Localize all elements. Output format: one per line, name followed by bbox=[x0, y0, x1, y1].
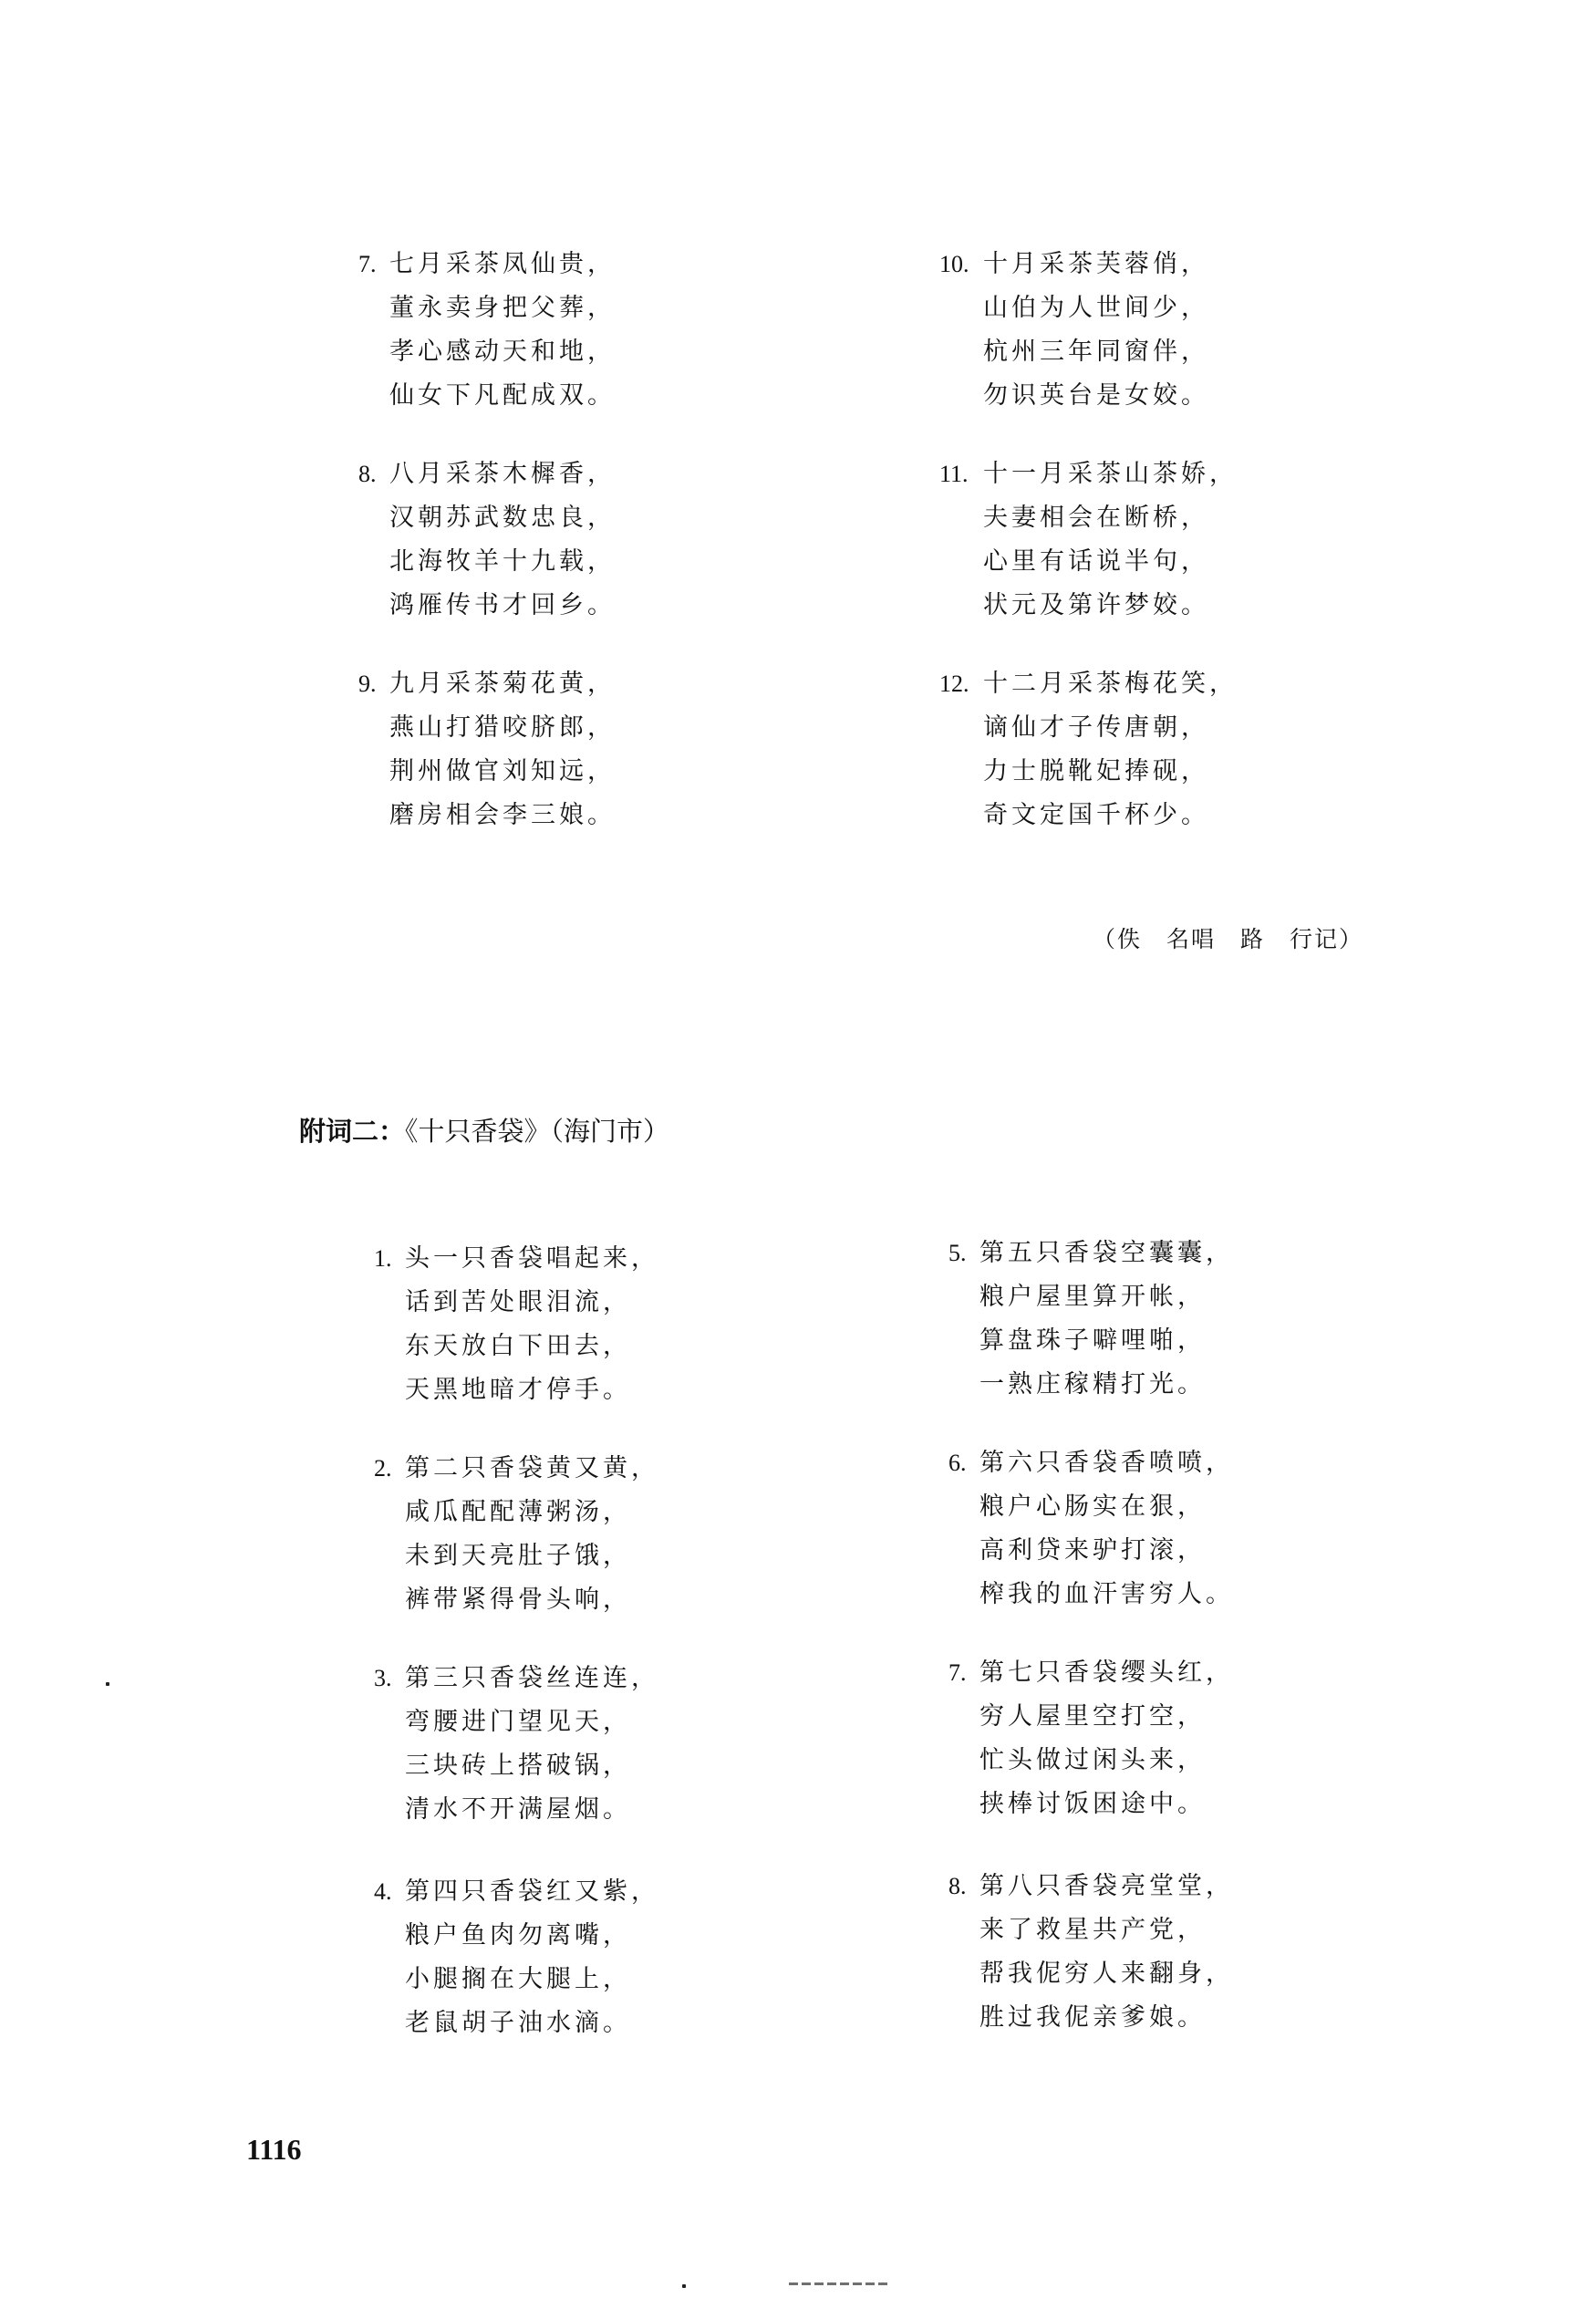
stanza-line: 杭州三年同窗伴， bbox=[939, 330, 1450, 374]
stanza-line: 山伯为人世间少， bbox=[939, 286, 1450, 330]
stanza-number: 7. bbox=[358, 243, 377, 286]
heading-title: 《十只香袋》（海门市） bbox=[405, 1116, 669, 1147]
stanza-11: 11.十一月采茶山茶娇， 夫妻相会在断桥， 心里有话说半句， 状元及第许梦姣。 bbox=[939, 452, 1450, 628]
stanza-10: 10.十月采茶芙蓉俏， 山伯为人世间少， 杭州三年同窗伴， 勿识英台是女姣。 bbox=[939, 243, 1450, 418]
stanza-line: 老鼠胡子油水滴。 bbox=[374, 2002, 885, 2045]
stanza-line: 董永卖身把父葬， bbox=[358, 286, 869, 330]
stanza-line: 7.七月采茶凤仙贵， bbox=[358, 243, 869, 286]
stanza-line: 10.十月采茶芙蓉俏， bbox=[939, 243, 1450, 286]
stanza-number: 12. bbox=[939, 662, 969, 706]
stanza-line: 4.第四只香袋红又紫， bbox=[374, 1870, 885, 1914]
stanza-line: 磨房相会李三娘。 bbox=[358, 794, 869, 837]
stanza-line: 燕山打猎咬脐郎， bbox=[358, 706, 869, 750]
stanza-line: 11.十一月采茶山茶娇， bbox=[939, 452, 1450, 496]
scan-artifact bbox=[789, 2282, 889, 2285]
stanza-number: 7. bbox=[948, 1651, 967, 1695]
stanza-number: 8. bbox=[358, 452, 377, 496]
scan-speck bbox=[106, 1682, 109, 1686]
stanza-line: 力士脱靴妃捧砚， bbox=[939, 750, 1450, 794]
stanza-line: 话到苦处眼泪流， bbox=[374, 1281, 885, 1325]
stanza-line: 裤带紧得骨头响， bbox=[374, 1578, 885, 1622]
stanza-number: 8. bbox=[948, 1865, 967, 1908]
stanza-line: 穷人屋里空打空， bbox=[948, 1695, 1459, 1739]
stanza-line: 8.第八只香袋亮堂堂， bbox=[948, 1865, 1459, 1908]
stanza-line: 8.八月采茶木樨香， bbox=[358, 452, 869, 496]
stanza-line: 12.十二月采茶梅花笑， bbox=[939, 662, 1450, 706]
stanza-line: 高利贷来驴打滚， bbox=[948, 1529, 1459, 1573]
stanza-line: 未到天亮肚子饿， bbox=[374, 1534, 885, 1578]
stanza-line: 天黑地暗才停手。 bbox=[374, 1368, 885, 1412]
stanza-9: 9.九月采茶菊花黄， 燕山打猎咬脐郎， 荆州做官刘知远， 磨房相会李三娘。 bbox=[358, 662, 869, 837]
stanza-7: 7.七月采茶凤仙贵， 董永卖身把父葬， 孝心感动天和地， 仙女下凡配成双。 bbox=[358, 243, 869, 418]
stanza-line: 3.第三只香袋丝连连， bbox=[374, 1657, 885, 1700]
stanza-line: 荆州做官刘知远， bbox=[358, 750, 869, 794]
stanza-line: 清水不开满屋烟。 bbox=[374, 1788, 885, 1832]
stanza-line: 咸瓜配配薄粥汤， bbox=[374, 1491, 885, 1534]
stanza-line: 孝心感动天和地， bbox=[358, 330, 869, 374]
stanza-line: 状元及第许梦姣。 bbox=[939, 584, 1450, 628]
stanza-line: 夫妻相会在断桥， bbox=[939, 496, 1450, 540]
stanza-line: 7.第七只香袋缨头红， bbox=[948, 1651, 1459, 1695]
stanza-3: 3.第三只香袋丝连连， 弯腰进门望见天， 三块砖上搭破锅， 清水不开满屋烟。 bbox=[374, 1657, 885, 1832]
stanza-number: 10. bbox=[939, 243, 969, 286]
scan-speck bbox=[682, 2284, 686, 2288]
stanza-number: 4. bbox=[374, 1870, 392, 1914]
section-heading: 附词二：《十只香袋》（海门市） bbox=[299, 1111, 669, 1151]
stanza-7b: 7.第七只香袋缨头红， 穷人屋里空打空， 忙头做过闲头来， 挟棒讨饭困途中。 bbox=[948, 1651, 1459, 1826]
stanza-line: 汉朝苏武数忠良， bbox=[358, 496, 869, 540]
stanza-number: 9. bbox=[358, 662, 377, 706]
stanza-line: 鸿雁传书才回乡。 bbox=[358, 584, 869, 628]
stanza-line: 忙头做过闲头来， bbox=[948, 1739, 1459, 1783]
stanza-2: 2.第二只香袋黄又黄， 咸瓜配配薄粥汤， 未到天亮肚子饿， 裤带紧得骨头响， bbox=[374, 1447, 885, 1622]
stanza-number: 5. bbox=[948, 1232, 967, 1275]
stanza-number: 2. bbox=[374, 1447, 392, 1491]
stanza-line: 谪仙才子传唐朝， bbox=[939, 706, 1450, 750]
stanza-line: 一熟庄稼精打光。 bbox=[948, 1363, 1459, 1407]
stanza-line: 三块砖上搭破锅， bbox=[374, 1744, 885, 1788]
stanza-line: 粮户鱼肉勿离嘴， bbox=[374, 1914, 885, 1958]
stanza-line: 9.九月采茶菊花黄， bbox=[358, 662, 869, 706]
stanza-line: 挟棒讨饭困途中。 bbox=[948, 1783, 1459, 1826]
stanza-line: 北海牧羊十九载， bbox=[358, 540, 869, 584]
stanza-number: 11. bbox=[939, 452, 969, 496]
stanza-line: 6.第六只香袋香喷喷， bbox=[948, 1441, 1459, 1485]
stanza-line: 粮户屋里算开帐， bbox=[948, 1275, 1459, 1319]
stanza-5: 5.第五只香袋空囊囊， 粮户屋里算开帐， 算盘珠子噼哩啪， 一熟庄稼精打光。 bbox=[948, 1232, 1459, 1407]
stanza-line: 仙女下凡配成双。 bbox=[358, 374, 869, 418]
page-number: 1116 bbox=[246, 2133, 301, 2167]
stanza-line: 算盘珠子噼哩啪， bbox=[948, 1319, 1459, 1363]
stanza-number: 1. bbox=[374, 1237, 392, 1281]
stanza-line: 弯腰进门望见天， bbox=[374, 1700, 885, 1744]
stanza-4: 4.第四只香袋红又紫， 粮户鱼肉勿离嘴， 小腿搁在大腿上， 老鼠胡子油水滴。 bbox=[374, 1870, 885, 2045]
stanza-line: 帮我伲穷人来翻身， bbox=[948, 1952, 1459, 1996]
stanza-line: 1.头一只香袋唱起来， bbox=[374, 1237, 885, 1281]
stanza-line: 2.第二只香袋黄又黄， bbox=[374, 1447, 885, 1491]
stanza-12: 12.十二月采茶梅花笑， 谪仙才子传唐朝， 力士脱靴妃捧砚， 奇文定国千杯少。 bbox=[939, 662, 1450, 837]
stanza-1: 1.头一只香袋唱起来， 话到苦处眼泪流， 东天放白下田去， 天黑地暗才停手。 bbox=[374, 1237, 885, 1412]
stanza-line: 5.第五只香袋空囊囊， bbox=[948, 1232, 1459, 1275]
stanza-line: 小腿搁在大腿上， bbox=[374, 1958, 885, 2002]
attribution: （佚 名唱 路 行记） bbox=[1093, 921, 1363, 958]
stanza-line: 榨我的血汗害穷人。 bbox=[948, 1573, 1459, 1617]
stanza-line: 心里有话说半句， bbox=[939, 540, 1450, 584]
stanza-8: 8.八月采茶木樨香， 汉朝苏武数忠良， 北海牧羊十九载， 鸿雁传书才回乡。 bbox=[358, 452, 869, 628]
heading-lead: 附词二： bbox=[299, 1116, 405, 1147]
stanza-line: 来了救星共产党， bbox=[948, 1908, 1459, 1952]
stanza-number: 6. bbox=[948, 1441, 967, 1485]
stanza-6: 6.第六只香袋香喷喷， 粮户心肠实在狠， 高利贷来驴打滚， 榨我的血汗害穷人。 bbox=[948, 1441, 1459, 1617]
stanza-line: 东天放白下田去， bbox=[374, 1325, 885, 1368]
stanza-8b: 8.第八只香袋亮堂堂， 来了救星共产党， 帮我伲穷人来翻身， 胜过我伲亲爹娘。 bbox=[948, 1865, 1459, 2040]
stanza-line: 勿识英台是女姣。 bbox=[939, 374, 1450, 418]
stanza-line: 胜过我伲亲爹娘。 bbox=[948, 1996, 1459, 2040]
stanza-line: 粮户心肠实在狠， bbox=[948, 1485, 1459, 1529]
stanza-number: 3. bbox=[374, 1657, 392, 1700]
stanza-line: 奇文定国千杯少。 bbox=[939, 794, 1450, 837]
